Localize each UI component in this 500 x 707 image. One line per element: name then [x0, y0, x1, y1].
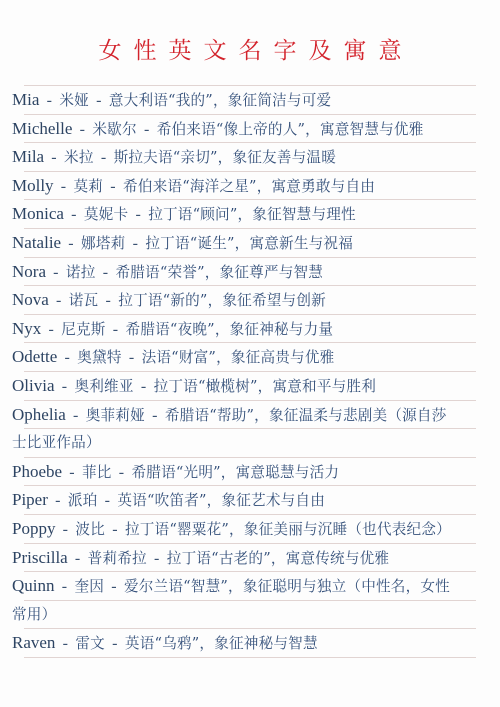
separator: - — [97, 492, 117, 509]
separator: - — [41, 321, 61, 338]
list-item-phoebe: Phoebe - 菲比 - 希腊语“光明”，寓意聪慧与活力 — [0, 458, 500, 486]
separator: - — [55, 578, 75, 595]
english-name: Poppy — [12, 519, 55, 538]
chinese-name: 菲比 — [82, 464, 112, 481]
separator: - — [64, 206, 84, 223]
list-item-piper: Piper - 派珀 - 英语“吹笛者”，象征艺术与自由 — [0, 486, 500, 514]
english-name: Quinn — [12, 576, 55, 595]
english-name: Molly — [12, 176, 54, 195]
list-item-odette: Odette - 奥黛特 - 法语“财富”，象征高贵与优雅 — [0, 343, 500, 371]
name-list: Mia - 米娅 - 意大利语“我的”，象征简洁与可爱 Michelle - 米… — [0, 85, 500, 658]
separator: - — [89, 92, 109, 109]
chinese-name: 派珀 — [68, 492, 98, 509]
chinese-name: 诺瓦 — [69, 292, 99, 309]
english-name: Nova — [12, 290, 49, 309]
meaning: 英语“吹笛者”，象征艺术与自由 — [117, 492, 325, 509]
meaning: 希腊语“帮助”，象征温柔与悲剧美（源自莎 — [165, 407, 447, 424]
meaning: 希伯来语“海洋之星”，寓意勇敢与自由 — [123, 178, 375, 195]
list-item-monica: Monica - 莫妮卡 - 拉丁语“顾问”，象征智慧与理性 — [0, 200, 500, 228]
separator: - — [103, 178, 123, 195]
list-item-ophelia-continued: 士比亚作品） — [0, 429, 500, 457]
english-name: Natalie — [12, 233, 61, 252]
english-name: Monica — [12, 204, 64, 223]
meaning: 拉丁语“诞生”，寓意新生与祝福 — [145, 235, 353, 252]
english-name: Phoebe — [12, 462, 62, 481]
separator: - — [122, 349, 142, 366]
english-name: Michelle — [12, 119, 72, 138]
chinese-name: 波比 — [75, 521, 105, 538]
list-item-poppy: Poppy - 波比 - 拉丁语“罂粟花”，象征美丽与沉睡（也代表纪念） — [0, 515, 500, 543]
meaning: 拉丁语“罂粟花”，象征美丽与沉睡（也代表纪念） — [125, 521, 451, 538]
list-item-nyx: Nyx - 尼克斯 - 希腊语“夜晚”，象征神秘与力量 — [0, 315, 500, 343]
meaning: 意大利语“我的”，象征简洁与可爱 — [109, 92, 331, 109]
meaning: 拉丁语“古老的”，寓意传统与优雅 — [167, 550, 389, 567]
separator: - — [96, 264, 116, 281]
separator: - — [134, 378, 154, 395]
list-item-natalie: Natalie - 娜塔莉 - 拉丁语“诞生”，寓意新生与祝福 — [0, 229, 500, 257]
chinese-name: 莫莉 — [74, 178, 104, 195]
separator: - — [55, 635, 75, 652]
list-item-quinn-continued: 常用） — [0, 601, 500, 629]
separator: - — [104, 578, 124, 595]
english-name: Nyx — [12, 319, 41, 338]
english-name: Nora — [12, 262, 46, 281]
separator: - — [105, 635, 125, 652]
chinese-name: 奥菲莉娅 — [86, 407, 145, 424]
separator: - — [112, 464, 132, 481]
list-item-nora: Nora - 诺拉 - 希腊语“荣誉”，象征尊严与智慧 — [0, 258, 500, 286]
meaning: 英语“乌鸦”，象征神秘与智慧 — [125, 635, 318, 652]
separator: - — [106, 321, 126, 338]
meaning-continued: 常用） — [12, 606, 56, 623]
separator: - — [57, 349, 77, 366]
separator: - — [54, 178, 74, 195]
list-item-molly: Molly - 莫莉 - 希伯来语“海洋之星”，寓意勇敢与自由 — [0, 172, 500, 200]
separator: - — [49, 292, 69, 309]
english-name: Odette — [12, 347, 57, 366]
separator: - — [125, 235, 145, 252]
list-item-olivia: Olivia - 奥利维亚 - 拉丁语“橄榄树”，寓意和平与胜利 — [0, 372, 500, 400]
english-name: Piper — [12, 490, 48, 509]
separator: - — [137, 121, 157, 138]
meaning: 法语“财富”，象征高贵与优雅 — [142, 349, 335, 366]
list-item-nova: Nova - 诺瓦 - 拉丁语“新的”，象征希望与创新 — [0, 286, 500, 314]
chinese-name: 莫妮卡 — [84, 206, 128, 223]
separator: - — [62, 464, 82, 481]
chinese-name: 米娅 — [59, 92, 89, 109]
meaning: 希腊语“光明”，寓意聪慧与活力 — [132, 464, 340, 481]
separator: - — [94, 149, 114, 166]
list-item-priscilla: Priscilla - 普莉希拉 - 拉丁语“古老的”，寓意传统与优雅 — [0, 544, 500, 572]
chinese-name: 米拉 — [64, 149, 94, 166]
chinese-name: 奥黛特 — [77, 349, 121, 366]
separator: - — [66, 407, 86, 424]
meaning: 斯拉夫语“亲切”，象征友善与温暖 — [114, 149, 336, 166]
list-item-quinn: Quinn - 奎因 - 爱尔兰语“智慧”，象征聪明与独立（中性名，女性 — [0, 572, 500, 600]
page-title: 女性英文名字及寓意 — [0, 36, 500, 66]
meaning: 拉丁语“新的”，象征希望与创新 — [118, 292, 326, 309]
english-name: Raven — [12, 633, 55, 652]
english-name: Olivia — [12, 376, 55, 395]
meaning: 拉丁语“顾问”，象征智慧与理性 — [148, 206, 356, 223]
separator: - — [55, 378, 75, 395]
meaning: 希腊语“荣誉”，象征尊严与智慧 — [115, 264, 323, 281]
chinese-name: 奥利维亚 — [74, 378, 133, 395]
separator: - — [39, 92, 59, 109]
english-name: Priscilla — [12, 548, 68, 567]
meaning: 拉丁语“橄榄树”，寓意和平与胜利 — [154, 378, 376, 395]
separator: - — [128, 206, 148, 223]
divider — [24, 657, 476, 658]
chinese-name: 诺拉 — [66, 264, 96, 281]
document-page: 女性英文名字及寓意 Mia - 米娅 - 意大利语“我的”，象征简洁与可爱 Mi… — [0, 0, 500, 707]
separator: - — [145, 407, 165, 424]
meaning: 希腊语“夜晚”，象征神秘与力量 — [126, 321, 334, 338]
chinese-name: 尼克斯 — [61, 321, 105, 338]
english-name: Mia — [12, 90, 39, 109]
separator: - — [68, 550, 88, 567]
separator: - — [105, 521, 125, 538]
separator: - — [48, 492, 68, 509]
list-item-michelle: Michelle - 米歇尔 - 希伯来语“像上帝的人”，寓意智慧与优雅 — [0, 115, 500, 143]
separator: - — [98, 292, 118, 309]
separator: - — [61, 235, 81, 252]
chinese-name: 娜塔莉 — [81, 235, 125, 252]
chinese-name: 雷文 — [75, 635, 105, 652]
meaning: 爱尔兰语“智慧”，象征聪明与独立（中性名，女性 — [124, 578, 450, 595]
separator: - — [46, 264, 66, 281]
separator: - — [147, 550, 167, 567]
list-item-mia: Mia - 米娅 - 意大利语“我的”，象征简洁与可爱 — [0, 86, 500, 114]
separator: - — [55, 521, 75, 538]
english-name: Ophelia — [12, 405, 66, 424]
english-name: Mila — [12, 147, 44, 166]
chinese-name: 米歇尔 — [92, 121, 136, 138]
list-item-mila: Mila - 米拉 - 斯拉夫语“亲切”，象征友善与温暖 — [0, 143, 500, 171]
meaning-continued: 士比亚作品） — [12, 434, 101, 451]
separator: - — [44, 149, 64, 166]
chinese-name: 普莉希拉 — [88, 550, 147, 567]
meaning: 希伯来语“像上帝的人”，寓意智慧与优雅 — [157, 121, 424, 138]
chinese-name: 奎因 — [74, 578, 104, 595]
list-item-ophelia: Ophelia - 奥菲莉娅 - 希腊语“帮助”，象征温柔与悲剧美（源自莎 — [0, 401, 500, 429]
list-item-raven: Raven - 雷文 - 英语“乌鸦”，象征神秘与智慧 — [0, 629, 500, 657]
separator: - — [72, 121, 92, 138]
